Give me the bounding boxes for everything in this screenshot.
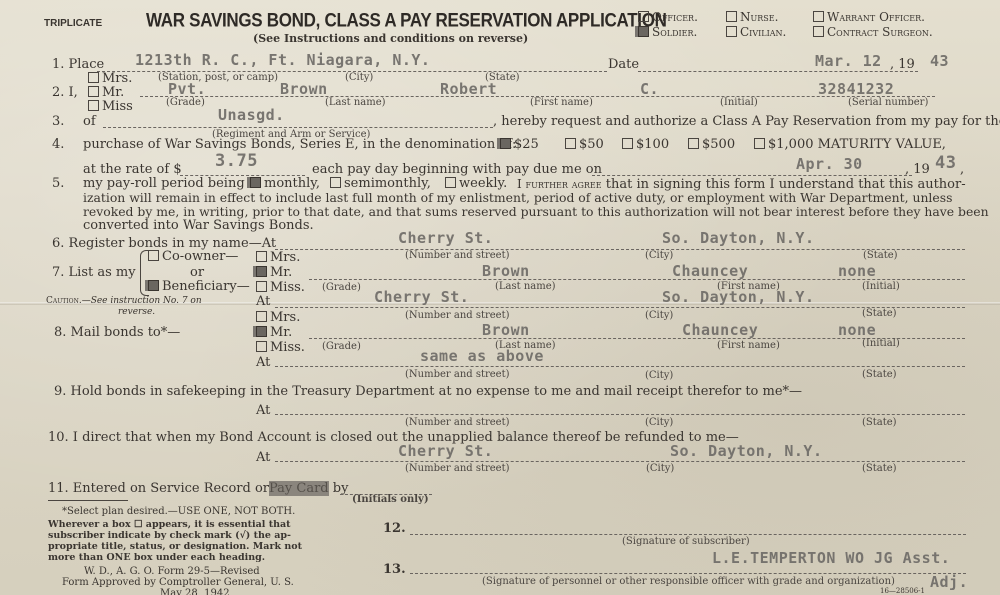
initial-field[interactable]: C.: [640, 80, 659, 98]
item13-number: 13.: [383, 563, 406, 577]
period-semimonthly[interactable]: semimonthly,: [330, 177, 431, 191]
status-soldier[interactable]: Soldier.: [638, 25, 697, 39]
hint: (City): [645, 250, 673, 261]
at-label: At: [256, 356, 270, 370]
instruction-line: propriate title, status, or designation.…: [48, 541, 302, 552]
item5-number: 5.: [52, 177, 64, 191]
comma: ,: [960, 163, 964, 177]
checkbox[interactable]: [638, 11, 649, 22]
serial-field[interactable]: 32841232: [818, 80, 894, 98]
checkbox[interactable]: [565, 138, 576, 149]
form-approved-date: May 28, 1942: [160, 588, 230, 595]
begin-date-field[interactable]: Apr. 30: [796, 155, 863, 173]
year-field[interactable]: 43: [930, 52, 949, 70]
item12-number: 12.: [383, 522, 406, 536]
hint: (City): [645, 370, 673, 381]
item5-line4: converted into War Savings Bonds.: [83, 219, 314, 233]
begin-year-field[interactable]: 43: [935, 153, 956, 173]
hint: (Grade): [322, 341, 361, 352]
item5-line2: ization will remain in effect to include…: [83, 191, 952, 205]
date-label: Date: [608, 58, 639, 72]
form-id: W. D., A. G. O. Form 29-5—Revised: [84, 566, 260, 577]
officer-signature-field[interactable]: L.E.TEMPERTON WO JG Asst.: [712, 549, 950, 567]
checkbox-checked[interactable]: [638, 26, 649, 37]
hint: (Number and street): [405, 369, 510, 380]
item7-title-mrs[interactable]: Mrs.: [256, 251, 300, 265]
hint: (First name): [717, 340, 780, 351]
title-miss[interactable]: Miss: [88, 100, 133, 114]
refund-street-field[interactable]: Cherry St.: [398, 442, 493, 460]
period-weekly[interactable]: weekly.: [445, 177, 507, 191]
copy-label: TRIPLICATE: [44, 18, 102, 29]
form-approved: Form Approved by Comptroller General, U.…: [62, 577, 294, 588]
checkbox[interactable]: [813, 26, 824, 37]
checkbox[interactable]: [256, 251, 267, 262]
role-co-owner[interactable]: Co-owner—: [148, 250, 238, 264]
hint: (State): [862, 463, 897, 474]
at-label: At: [256, 295, 270, 309]
hint: (City): [645, 310, 673, 321]
form-subtitle: (See Instructions and conditions on reve…: [253, 32, 528, 45]
print-code: 16—28506-1: [880, 587, 925, 595]
or-label: or: [190, 266, 204, 280]
item8-label: 8. Mail bonds to*—: [54, 326, 180, 340]
denom-100[interactable]: $100: [622, 138, 669, 152]
caution-reverse: reverse.: [118, 307, 155, 317]
place-field[interactable]: 1213th R. C., Ft. Niagara, N.Y.: [135, 51, 430, 69]
checkbox[interactable]: [256, 281, 267, 292]
status-civilian[interactable]: Civilian.: [726, 25, 786, 39]
checkbox[interactable]: [256, 341, 267, 352]
register-city-field[interactable]: So. Dayton, N.Y.: [662, 229, 815, 247]
officer-signature-line2[interactable]: Adj.: [930, 573, 968, 591]
checkbox-checked[interactable]: [500, 138, 511, 149]
checkbox[interactable]: [148, 250, 159, 261]
mail-first-name[interactable]: Chauncey: [682, 321, 758, 339]
checkbox[interactable]: [813, 11, 824, 22]
role-beneficiary[interactable]: Beneficiary—: [148, 280, 250, 294]
first-name-field[interactable]: Robert: [440, 80, 497, 98]
hint: (First name): [530, 97, 593, 108]
hint: (Grade): [166, 97, 205, 108]
checkbox[interactable]: [445, 177, 456, 188]
hint: (Number and street): [405, 310, 510, 321]
hint: (City): [645, 417, 673, 428]
date-field[interactable]: Mar. 12: [815, 52, 882, 70]
rate-text: each pay day beginning with pay due me o…: [312, 163, 602, 177]
checkbox-checked[interactable]: [148, 280, 159, 291]
denom-50[interactable]: $50: [565, 138, 604, 152]
at-label: At: [256, 404, 270, 418]
refund-city-field[interactable]: So. Dayton, N.Y.: [670, 442, 823, 460]
checkbox-checked[interactable]: [256, 266, 267, 277]
item3-text: , hereby request and authorize a Class A…: [493, 115, 1000, 129]
mail-initial[interactable]: none: [838, 321, 876, 339]
caution-note: Caution.—See instruction No. 7 on: [46, 296, 202, 306]
instruction-line: Wherever a box ☐ appears, it is essentia…: [48, 519, 291, 530]
hint: (Initial): [862, 281, 900, 292]
checkbox[interactable]: [88, 72, 99, 83]
period-monthly[interactable]: monthly,: [250, 177, 320, 191]
beneficiary-last-name[interactable]: Brown: [482, 262, 530, 280]
hint: (State): [863, 250, 898, 261]
instruction-line: subscriber indicate by check mark (√) th…: [48, 530, 291, 541]
rate-label: at the rate of $: [83, 163, 182, 177]
checkbox[interactable]: [754, 138, 765, 149]
checkbox[interactable]: [622, 138, 633, 149]
status-warrant-officer[interactable]: Warrant Officer.: [813, 10, 925, 24]
item1-label: 1. Place: [52, 58, 104, 72]
denom-1000[interactable]: $1,000 MATURITY VALUE,: [754, 138, 946, 152]
hint: (Number and street): [405, 250, 510, 261]
checkbox[interactable]: [688, 138, 699, 149]
status-contract-surgeon[interactable]: Contract Surgeon.: [813, 25, 933, 39]
hint: (State): [862, 417, 897, 428]
hint: (Initials only): [352, 494, 429, 505]
hint: (Signature of personnel or other respons…: [482, 576, 895, 587]
checkbox[interactable]: [330, 177, 341, 188]
checkbox[interactable]: [256, 311, 267, 322]
mail-last-name[interactable]: Brown: [482, 321, 530, 339]
item4-number: 4.: [52, 138, 64, 152]
register-street-field[interactable]: Cherry St.: [398, 229, 493, 247]
instruction-line: more than ONE box under each heading.: [48, 552, 265, 563]
beneficiary-first-name[interactable]: Chauncey: [672, 262, 748, 280]
item4-text: purchase of War Savings Bonds, Series E,…: [83, 138, 516, 152]
title-mr[interactable]: Mr.: [88, 86, 124, 100]
hint: (State): [862, 369, 897, 380]
hint: (Grade): [322, 282, 361, 293]
hint: (State): [862, 308, 897, 319]
divider: [48, 500, 128, 501]
hint: (Initial): [862, 338, 900, 349]
hint: (Last name): [495, 281, 556, 292]
checkbox-checked[interactable]: [250, 177, 261, 188]
checkbox[interactable]: [88, 100, 99, 111]
status-officer[interactable]: Officer.: [638, 10, 698, 24]
title-mrs[interactable]: Mrs.: [88, 72, 132, 86]
at-label: At: [256, 451, 270, 465]
mail-city-field[interactable]: So. Dayton, N.Y.: [662, 288, 815, 306]
hint: (City): [345, 72, 373, 83]
item10-label: 10. I direct that when my Bond Account i…: [48, 431, 739, 445]
mail-address-2[interactable]: same as above: [420, 347, 544, 365]
item5-line3: revoked by me, in writing, prior to that…: [83, 205, 989, 219]
subscriber-signature-field[interactable]: [410, 520, 966, 534]
item7-label: 7. List as my: [52, 266, 136, 280]
form-paper: TRIPLICATE WAR SAVINGS BOND, CLASS A PAY…: [0, 0, 1000, 595]
checkbox-checked[interactable]: [256, 326, 267, 337]
grade-field[interactable]: Pvt.: [168, 80, 206, 98]
rate-field[interactable]: 3.75: [215, 151, 258, 171]
hint: (Signature of subscriber): [622, 536, 750, 547]
denom-25[interactable]: $25: [500, 138, 539, 152]
last-name-field[interactable]: Brown: [280, 80, 328, 98]
checkbox[interactable]: [88, 86, 99, 97]
form-title: WAR SAVINGS BOND, CLASS A PAY RESERVATIO…: [146, 9, 667, 32]
select-plan-note: *Select plan desired.—USE ONE, NOT BOTH.: [62, 506, 295, 517]
hint: (Last name): [325, 97, 386, 108]
checkbox[interactable]: [726, 26, 737, 37]
year-prefix: , 19: [905, 163, 930, 177]
mail-street-field[interactable]: Cherry St.: [374, 288, 469, 306]
hint: (City): [646, 463, 674, 474]
hint: (Serial number): [848, 97, 928, 108]
item8-title-miss[interactable]: Miss.: [256, 341, 305, 355]
hint: (Number and street): [405, 417, 510, 428]
item2-number: 2. I,: [52, 86, 78, 100]
item7-title-mr[interactable]: Mr.: [256, 266, 292, 280]
item3-number: 3.: [52, 115, 64, 129]
checkbox[interactable]: [726, 11, 737, 22]
denom-500[interactable]: $500: [688, 138, 735, 152]
item11-label: 11. Entered on Service Record orPay Card…: [48, 482, 348, 496]
status-nurse[interactable]: Nurse.: [726, 10, 778, 24]
item8-title-mr[interactable]: Mr.: [256, 326, 292, 340]
item8-title-mrs[interactable]: Mrs.: [256, 311, 300, 325]
hint: (Initial): [720, 97, 758, 108]
item3-label: of: [83, 115, 96, 129]
year-prefix: , 19: [890, 58, 915, 72]
item5-text-a: my pay-roll period being: [83, 177, 245, 191]
item7-title-miss[interactable]: Miss.: [256, 281, 305, 295]
beneficiary-initial[interactable]: none: [838, 262, 876, 280]
item9-label: 9. Hold bonds in safekeeping in the Trea…: [54, 385, 802, 399]
regiment-field[interactable]: Unasgd.: [218, 106, 285, 124]
hint: (Number and street): [405, 463, 510, 474]
